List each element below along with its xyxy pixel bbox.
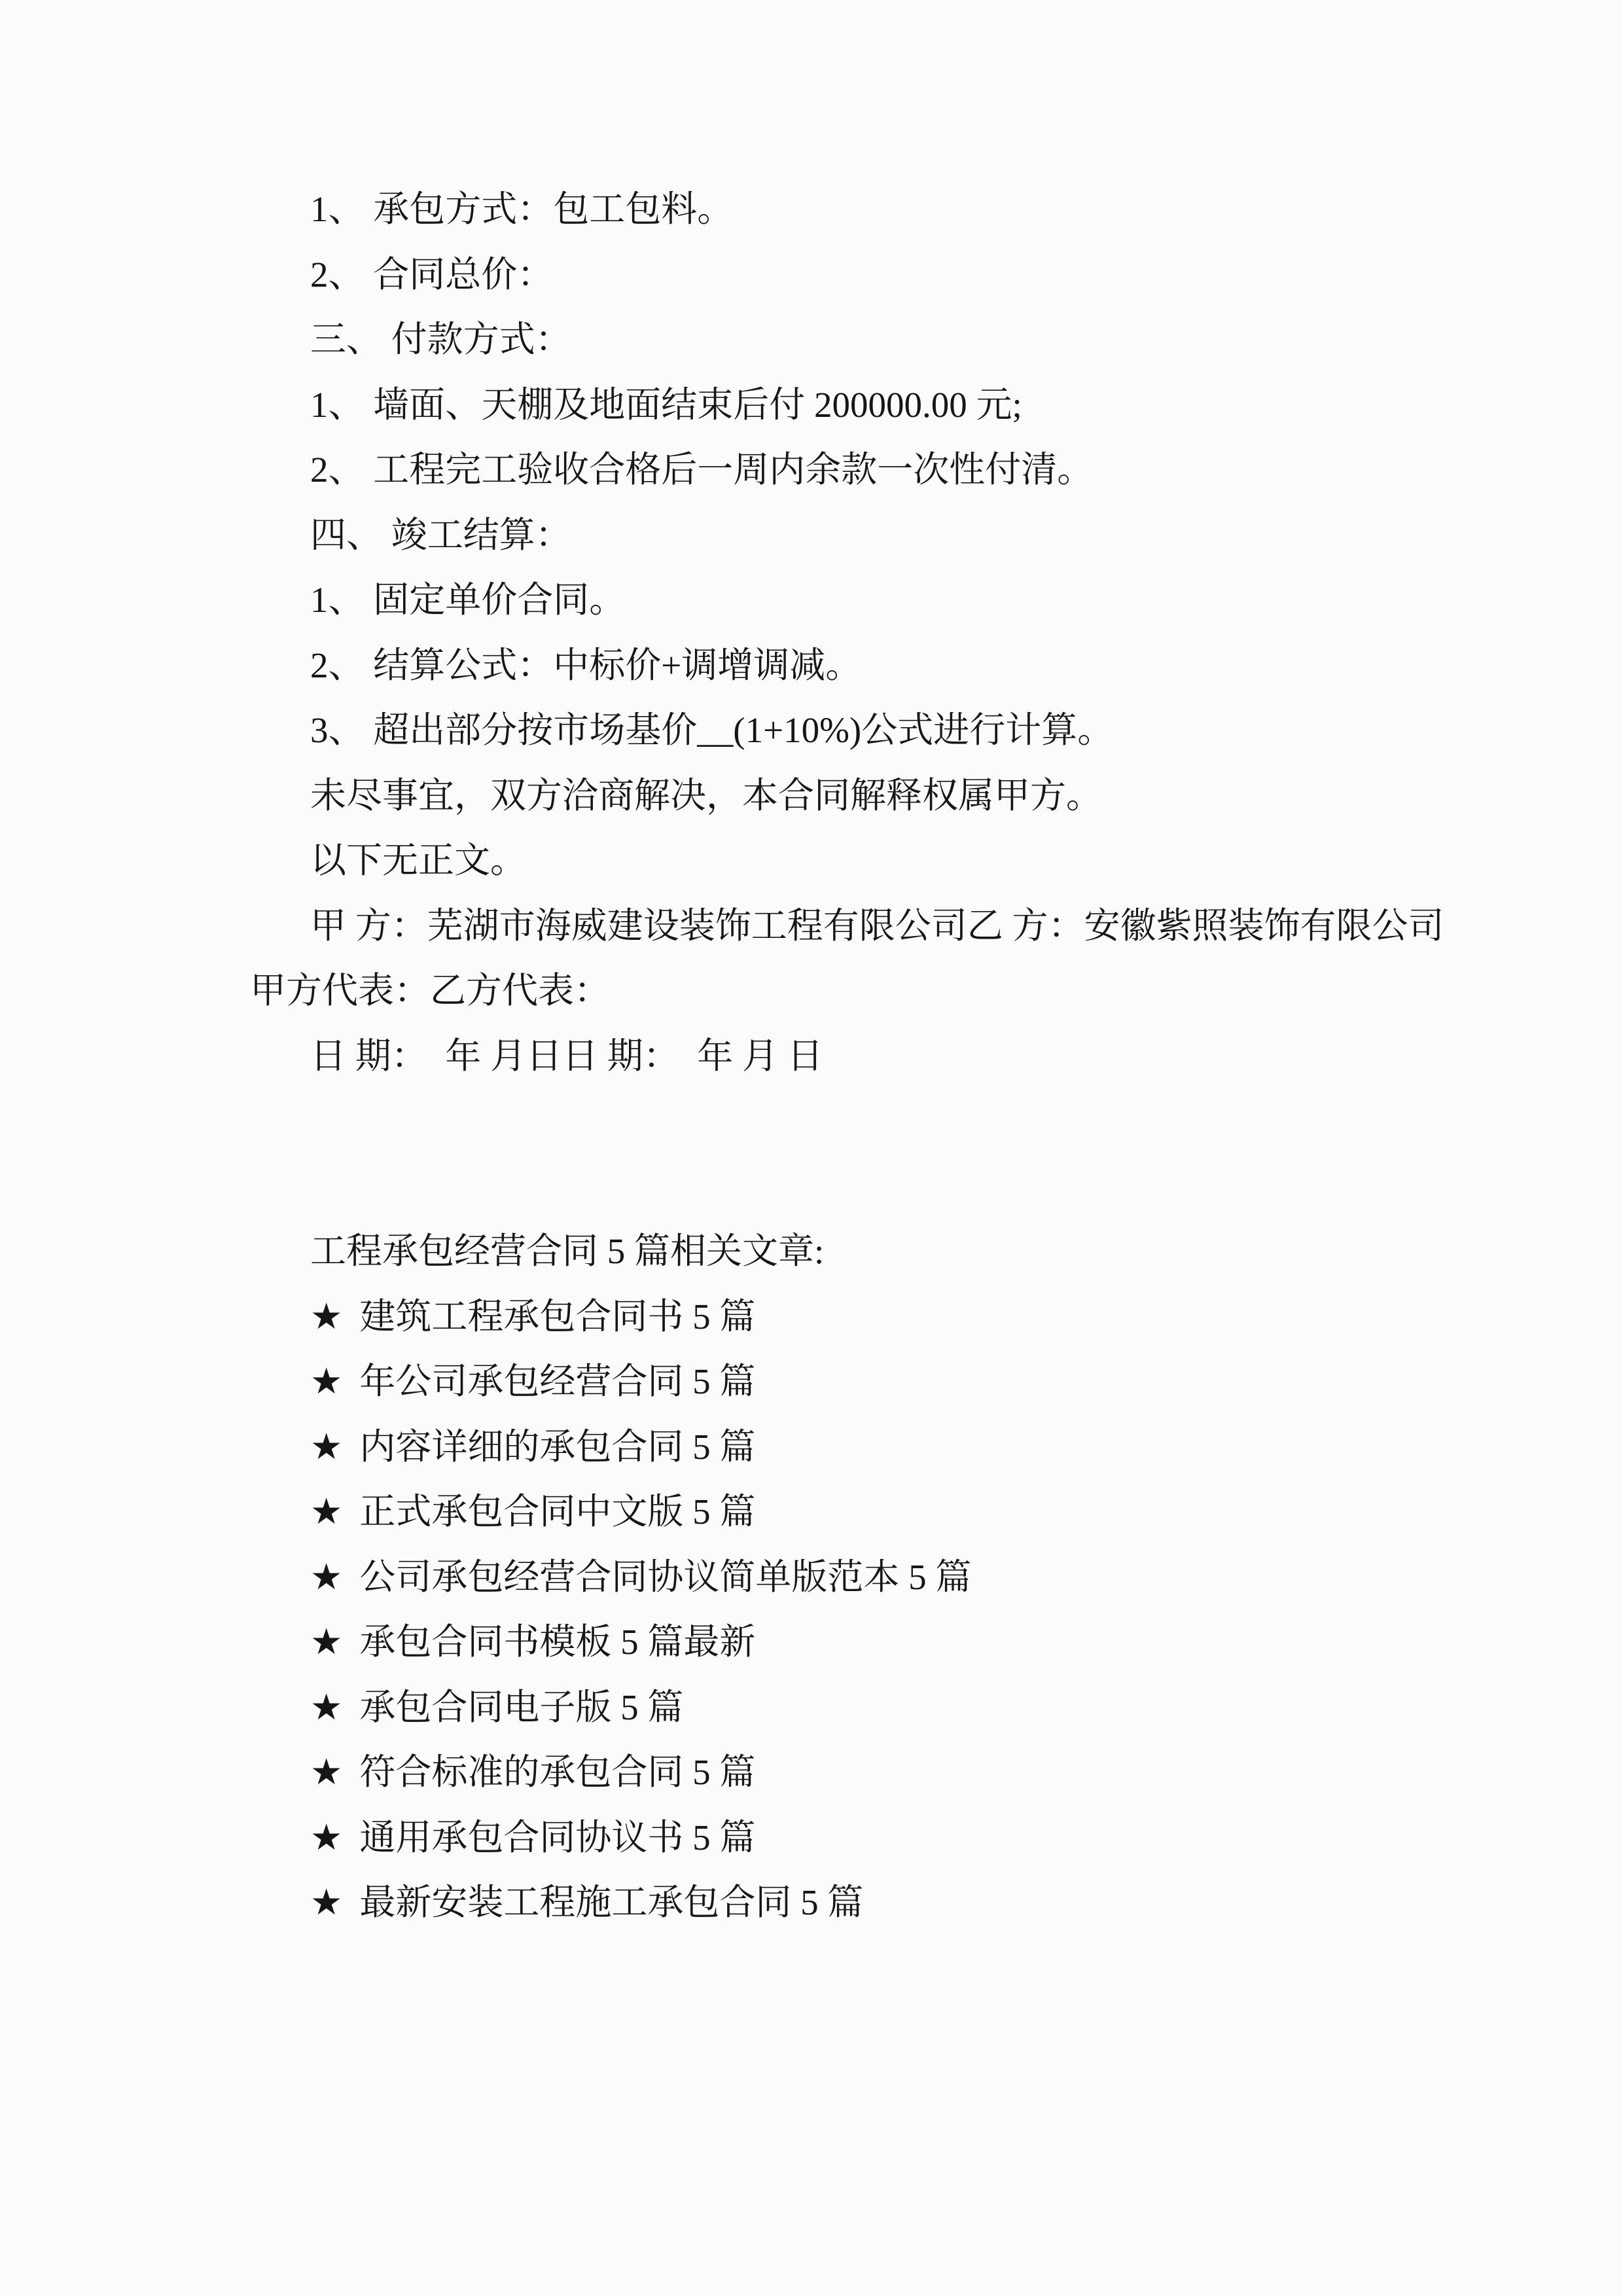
related-article-item: ★最新安装工程施工承包合同 5 篇 [250, 1870, 1402, 1935]
related-article-item: ★年公司承包经营合同 5 篇 [250, 1349, 1402, 1414]
related-article-text: 最新安装工程施工承包合同 5 篇 [359, 1882, 863, 1922]
star-icon: ★ [310, 1609, 342, 1675]
related-article-item: ★建筑工程承包合同书 5 篇 [250, 1284, 1402, 1350]
contract-line: 1、 固定单价合同。 [250, 567, 1402, 633]
contract-line: 2、 结算公式：中标价+调增调减。 [250, 633, 1402, 698]
star-icon: ★ [310, 1545, 342, 1610]
related-article-text: 正式承包合同中文版 5 篇 [359, 1492, 755, 1532]
star-icon: ★ [310, 1805, 342, 1871]
section-gap [250, 1088, 1402, 1219]
related-article-text: 公司承包经营合同协议简单版范本 5 篇 [359, 1557, 971, 1597]
contract-line: 三、 付款方式： [250, 307, 1402, 372]
related-article-item: ★承包合同电子版 5 篇 [250, 1675, 1402, 1740]
related-article-text: 承包合同电子版 5 篇 [359, 1687, 683, 1727]
related-article-item: ★通用承包合同协议书 5 篇 [250, 1805, 1402, 1871]
related-articles-heading: 工程承包经营合同 5 篇相关文章: [250, 1219, 1402, 1284]
contract-line: 以下无正文。 [250, 828, 1402, 893]
related-article-text: 符合标准的承包合同 5 篇 [359, 1752, 755, 1792]
star-icon: ★ [310, 1414, 342, 1480]
document-body: 1、 承包方式：包工包料。 2、 合同总价： 三、 付款方式： 1、 墙面、天棚… [250, 177, 1402, 1935]
related-article-item: ★内容详细的承包合同 5 篇 [250, 1414, 1402, 1480]
star-icon: ★ [310, 1479, 342, 1545]
contract-line: 2、 合同总价： [250, 242, 1402, 308]
star-icon: ★ [310, 1675, 342, 1740]
star-icon: ★ [310, 1740, 342, 1805]
contract-line: 未尽事宜，双方洽商解决，本合同解释权属甲方。 [250, 763, 1402, 829]
contract-date-line: 日 期： 年 月日日 期： 年 月 日 [250, 1024, 1402, 1089]
related-article-text: 内容详细的承包合同 5 篇 [359, 1427, 755, 1467]
contract-line: 四、 竣工结算： [250, 503, 1402, 568]
contract-line: 1、 墙面、天棚及地面结束后付 200000.00 元; [250, 372, 1402, 438]
star-icon: ★ [310, 1870, 342, 1935]
contract-representative-line: 甲方代表：乙方代表： [250, 958, 1402, 1024]
contract-party-line: 甲 方：芜湖市海威建设装饰工程有限公司乙 方：安徽紫照装饰有限公司 [250, 893, 1402, 959]
related-article-item: ★公司承包经营合同协议简单版范本 5 篇 [250, 1545, 1402, 1610]
star-icon: ★ [310, 1284, 342, 1350]
related-article-text: 建筑工程承包合同书 5 篇 [359, 1297, 755, 1336]
contract-line: 1、 承包方式：包工包料。 [250, 177, 1402, 242]
related-article-text: 承包合同书模板 5 篇最新 [359, 1622, 755, 1662]
contract-line: 2、 工程完工验收合格后一周内余款一次性付清。 [250, 437, 1402, 503]
document-page: 1、 承包方式：包工包料。 2、 合同总价： 三、 付款方式： 1、 墙面、天棚… [0, 0, 1623, 2296]
related-article-text: 通用承包合同协议书 5 篇 [359, 1818, 755, 1857]
related-article-item: ★承包合同书模板 5 篇最新 [250, 1609, 1402, 1675]
related-article-item: ★正式承包合同中文版 5 篇 [250, 1479, 1402, 1545]
star-icon: ★ [310, 1349, 342, 1414]
related-article-text: 年公司承包经营合同 5 篇 [359, 1361, 755, 1401]
contract-line: 3、 超出部分按市场基价__(1+10%)公式进行计算。 [250, 698, 1402, 763]
related-article-item: ★符合标准的承包合同 5 篇 [250, 1740, 1402, 1805]
